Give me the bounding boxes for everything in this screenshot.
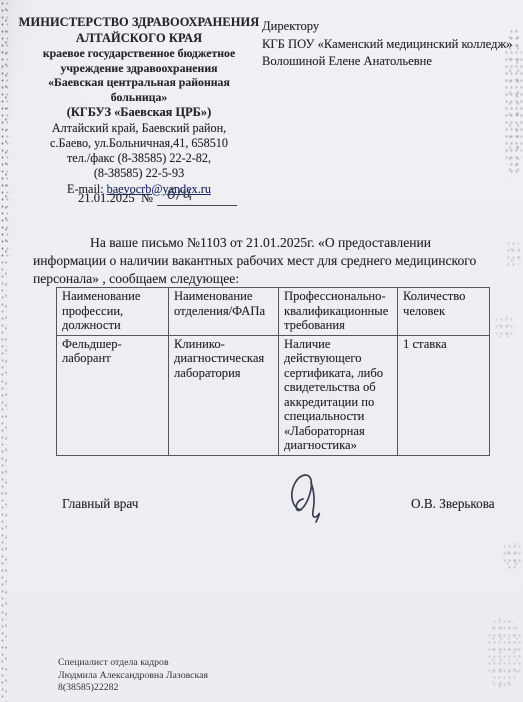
executor-phone: 8(38585)22282 [58, 682, 208, 695]
recipient-organization: КГБ ПОУ «Каменский медицинский колледж» [262, 36, 523, 54]
header-department: Наименование отделения/ФАПа [169, 288, 279, 336]
recipient-title: Директору [262, 18, 523, 36]
organization-name-line: больница» [12, 90, 266, 105]
cell-profession: Фельдшер-лаборант [57, 335, 169, 455]
cell-department: Клинико-диагностическая лаборатория [169, 335, 279, 455]
organization-name-line: «Баевская центральная районная [12, 75, 266, 90]
header-profession: Наименование профессии, должности [57, 288, 169, 336]
cell-quantity: 1 ставка [398, 335, 490, 455]
executor-title: Специалист отдела кадров [58, 657, 208, 670]
recipient-block: Директору КГБ ПОУ «Каменский медицинский… [262, 18, 523, 71]
ministry-name-line: МИНИСТЕРСТВО ЗДРАВООХРАНЕНИЯ [12, 15, 266, 31]
number-blank-line: б/ц [157, 190, 237, 206]
organization-name-line: учреждение здравоохранения [12, 61, 266, 76]
phone-line: тел./факс (8-38585) 22-2-82, [12, 151, 266, 166]
address-line: с.Баево, ул.Больничная,41, 658510 [12, 136, 266, 151]
signatory-name: О.В. Зверькова [411, 496, 495, 512]
signatory-title: Главный врач [62, 496, 138, 512]
table-header-row: Наименование профессии, должности Наимен… [57, 288, 490, 336]
executor-block: Специалист отдела кадров Людмила Алексан… [58, 657, 208, 695]
letter-body-paragraph: На ваше письмо №1103 от 21.01.2025г. «О … [33, 234, 505, 287]
organization-short-name: (КГБУЗ «Баевская ЦРБ») [12, 105, 266, 121]
ministry-name-line: АЛТАЙСКОГО КРАЯ [12, 31, 266, 47]
address-line: Алтайский край, Баевский район, [12, 121, 266, 136]
signature-icon [286, 470, 330, 533]
cell-qualification: Наличие действующего сертификата, либо с… [279, 335, 398, 455]
scanned-letter-page: МИНИСТЕРСТВО ЗДРАВООХРАНЕНИЯ АЛТАЙСКОГО … [0, 0, 523, 702]
executor-name: Людмила Александровна Лазовская [58, 670, 208, 683]
header-qualification: Профессионально-квалификационные требова… [279, 288, 398, 336]
table-row: Фельдшер-лаборант Клинико-диагностическа… [57, 335, 490, 455]
scan-smudge [506, 240, 520, 268]
phone-line: (8-38585) 22-5-93 [12, 166, 266, 181]
header-quantity: Количество человек [398, 288, 490, 336]
handwritten-letter-number: б/ц [166, 185, 193, 203]
scan-smudge [502, 543, 522, 569]
organization-name-line: краевое государственное бюджетное [12, 46, 266, 61]
scan-smudge [487, 618, 521, 688]
letter-date: 21.01.2025 [78, 191, 135, 205]
number-sign: № [141, 191, 153, 205]
vacancies-table: Наименование профессии, должности Наимен… [56, 287, 490, 456]
letterhead: МИНИСТЕРСТВО ЗДРАВООХРАНЕНИЯ АЛТАЙСКОГО … [12, 15, 266, 197]
date-number-line: 21.01.2025 №б/ц [78, 190, 237, 206]
scan-noise-left-top [0, 0, 12, 260]
recipient-person: Волошиной Елене Анатольевне [262, 53, 523, 71]
scan-smudge [494, 316, 516, 338]
